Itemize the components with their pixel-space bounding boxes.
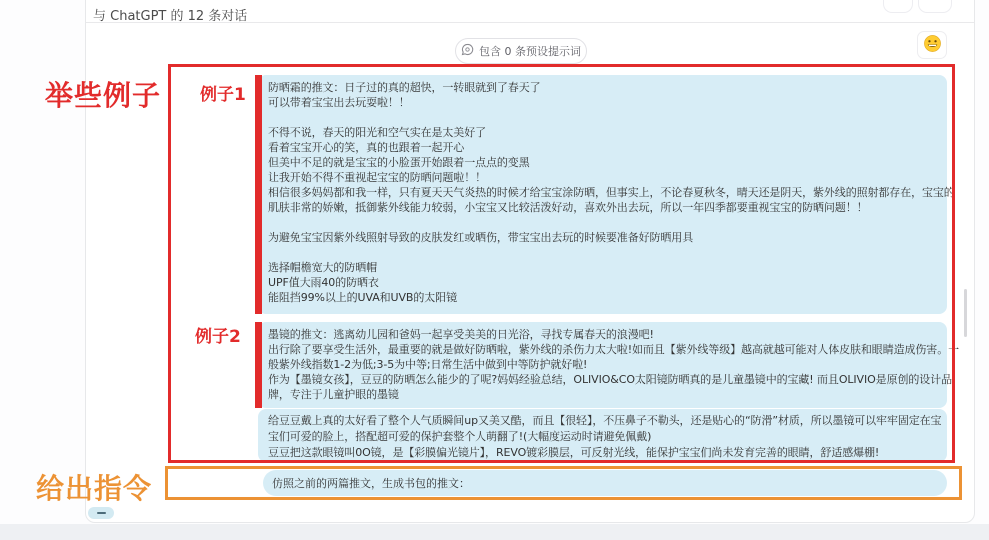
chat-page: 与 ChatGPT 的 12 条对话 包含 0 条预设提示词 防晒霜的推文：日子…	[0, 0, 989, 540]
example1-marker-bar	[255, 75, 262, 314]
page-background-edge	[0, 524, 989, 540]
instruction-annotation-label: 给出指令	[36, 467, 152, 507]
preset-prompts-label: 包含 0 条预设提示词	[479, 43, 581, 59]
toolbar-button-partial-1[interactable]	[883, 0, 913, 13]
preset-prompts-button[interactable]: 包含 0 条预设提示词	[455, 38, 587, 64]
followup-message-bubble: 给豆豆戴上真的太好看了整个人气质瞬间up又美又酷，而且【很轻】，不压鼻子不勒头，…	[258, 409, 947, 462]
instruction-text: 仿照之前的两篇推文，生成书包的推文：	[272, 475, 470, 491]
example2-annotation-label: 例子2	[195, 322, 241, 347]
examples-annotation-label: 举些例子	[45, 74, 161, 114]
toolbar-button-partial-2[interactable]	[918, 0, 952, 13]
chat-bubble-icon	[461, 43, 474, 59]
grinning-face-icon	[923, 34, 942, 57]
avatar-partial	[88, 507, 114, 519]
instruction-message-bubble: 仿照之前的两篇推文，生成书包的推文：	[263, 470, 947, 496]
example1-annotation-label: 例子1	[200, 80, 246, 105]
example1-message-bubble: 防晒霜的推文：日子过的真的超快，一转眼就到了春天了 可以带着宝宝出去玩耍啦！！ …	[258, 75, 947, 314]
emoji-button[interactable]	[917, 31, 947, 59]
header-divider	[86, 22, 974, 23]
example2-marker-bar	[255, 322, 262, 408]
example2-message-bubble: 墨镜的推文：逃离幼儿园和爸妈一起享受美美的日光浴，寻找专属春天的浪漫吧! 出行除…	[258, 322, 947, 408]
scrollbar-thumb[interactable]	[964, 289, 967, 337]
